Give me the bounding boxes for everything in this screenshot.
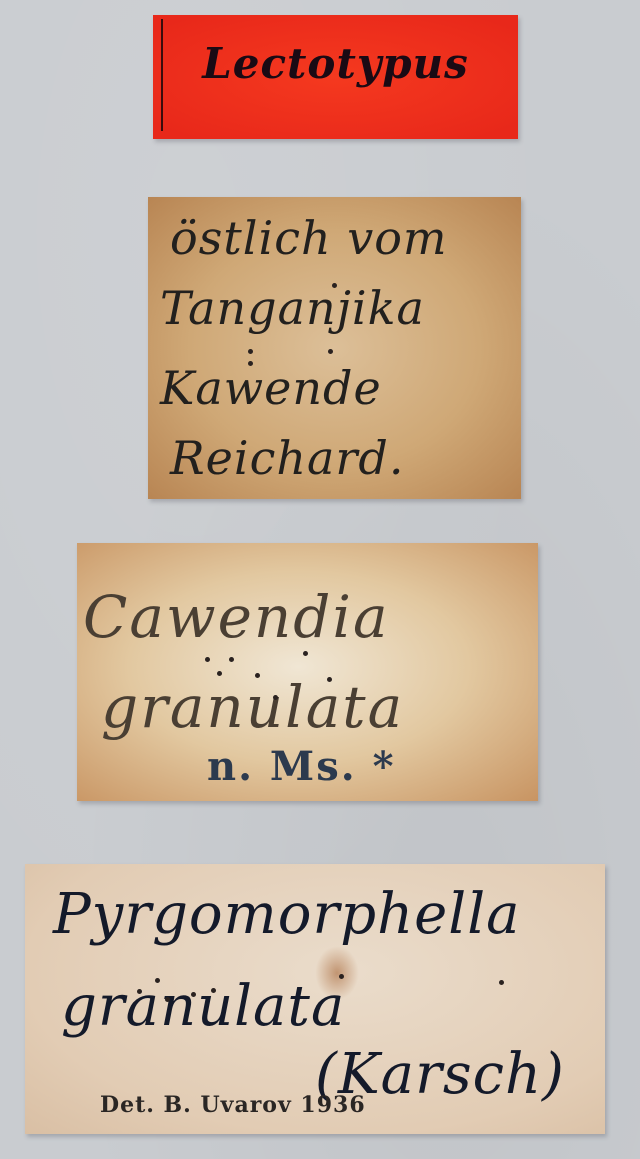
pin-hole (332, 283, 337, 288)
locality-line-1: östlich vom (170, 211, 448, 265)
det2-line-1: Pyrgomorphella (53, 882, 521, 947)
locality-line-3: Kawende (160, 361, 382, 415)
pin-hole (229, 657, 234, 662)
pin-hole (248, 361, 253, 366)
pin-hole (205, 657, 210, 662)
locality-label: östlich vom Tanganjika Kawende Reichard. (148, 197, 521, 499)
pin-hole (165, 997, 170, 1002)
pin-hole (255, 673, 260, 678)
pin-hole (328, 349, 333, 354)
determiner-credit: Det. B. Uvarov 1936 (100, 1092, 366, 1118)
locality-line-2: Tanganjika (160, 281, 425, 335)
pin-hole (211, 988, 216, 993)
locality-line-4: Reichard. (170, 431, 404, 485)
pin-hole (248, 349, 253, 354)
det2-line-2: granulata (61, 974, 345, 1039)
pin-hole (327, 677, 332, 682)
pin-hole (191, 992, 196, 997)
pin-hole (137, 989, 142, 994)
det1-mark: n. Ms. * (207, 743, 396, 790)
pin-hole (217, 671, 222, 676)
pin-hole (339, 974, 344, 979)
pin-hole (273, 695, 278, 700)
det1-line-1: Cawendia (83, 583, 390, 651)
pin-hole (499, 980, 504, 985)
original-determination-label: Cawendia granulata n. Ms. * (77, 543, 538, 801)
pin-hole (155, 978, 160, 983)
det1-line-2: granulata (101, 673, 404, 741)
lectotypus-label: Lectotypus (153, 15, 518, 139)
determination-label: Pyrgomorphella granulata (Karsch) Det. B… (25, 864, 605, 1134)
lectotypus-text: Lectotypus (153, 39, 518, 88)
pin-hole (303, 651, 308, 656)
